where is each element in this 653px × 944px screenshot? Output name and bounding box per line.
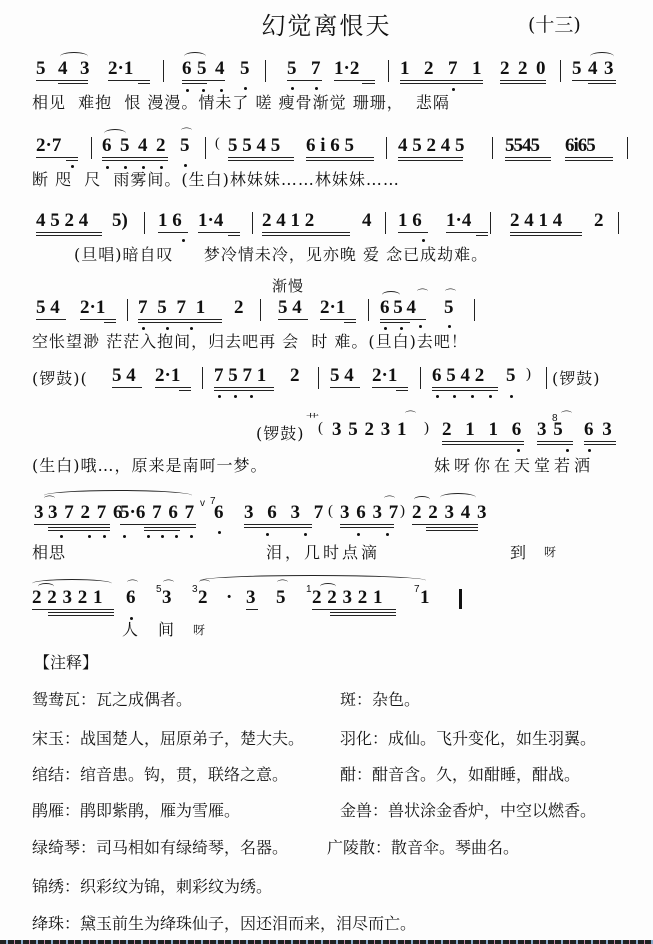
underline [306, 157, 374, 158]
underline [262, 235, 350, 236]
underline [334, 80, 375, 81]
lyrics: 到 [510, 540, 527, 563]
underline [58, 83, 88, 84]
annotation-item: 绾结：绾音患。钩，贯，联络之意。 [32, 762, 288, 785]
note-group: 4 5 2 4 [36, 210, 88, 232]
underline [320, 319, 356, 320]
score-line-7: 3 ⌒ 3 7 2 7 6 5·6 7 6 7 v 7 6 3 6 3 7 ( … [0, 500, 653, 560]
underline [120, 524, 196, 525]
underline [442, 444, 524, 445]
bar-line [265, 60, 266, 82]
page-edge-divider [0, 940, 653, 944]
lyrics: 呀 [193, 621, 206, 638]
lower-octave-dot [250, 395, 253, 398]
bar-line [260, 299, 261, 321]
note: 2 [518, 58, 528, 80]
annotation-item: 广陵散：散音伞。琴曲名。 [327, 835, 519, 858]
note-group: 6 5 4 2 [432, 365, 484, 387]
fermata-icon: ⌒ [405, 408, 416, 424]
underline [36, 80, 88, 81]
note: 7 [311, 58, 321, 80]
note-group: 7 5 7 1 [138, 297, 205, 319]
note: 4 [215, 58, 225, 80]
underline [228, 235, 240, 236]
annotation-item: 鹃雁：鹃即紫鹃，雁为雪雁。 [32, 798, 240, 821]
percussion-label: (锣鼓) [256, 421, 305, 444]
note: 5 4 [278, 297, 302, 319]
note: 5 4 [112, 365, 136, 387]
note-group: 6 i 6 5 [306, 135, 354, 157]
grace-note: 5 [156, 584, 162, 595]
bar-line [127, 299, 128, 321]
note-group: 2 2 3 4 3 [412, 502, 487, 524]
note: 5 [36, 58, 46, 80]
underline [432, 390, 498, 391]
note: 5 [197, 58, 207, 80]
underline [182, 83, 207, 84]
underline [426, 527, 478, 528]
underline [330, 387, 360, 388]
underline [500, 83, 546, 84]
underline [278, 319, 308, 320]
underline [537, 441, 573, 442]
lower-octave-dot [60, 535, 63, 538]
lyrics: 断 咫 尺 雨雾间。(生白)林妹妹……林妹妹…… [32, 167, 400, 190]
note: 1 6 [158, 210, 182, 232]
note-group: 6 3 [584, 419, 612, 441]
note: 2·1 [80, 297, 105, 319]
underline [476, 235, 488, 236]
paren-close: ) [424, 420, 429, 437]
note: 2·1 [155, 365, 180, 387]
underline [214, 390, 274, 391]
underline [36, 157, 78, 158]
annotation-item: 酣：酣音含。久，如酣睡，酣战。 [340, 762, 580, 785]
note: 2 [594, 210, 604, 232]
underline [182, 80, 225, 81]
paren-open: ( [328, 503, 333, 520]
note: 5) [112, 210, 128, 232]
page-subtitle: (十三) [528, 10, 581, 37]
underline [398, 157, 463, 158]
underline [112, 387, 142, 388]
note: 1 [400, 58, 410, 80]
lyrics: 空怅望渺 茫茫入抱间，归去吧再 会 时 难。(旦白)去吧！ [32, 329, 468, 352]
lower-octave-dot [175, 535, 178, 538]
underline [48, 612, 114, 613]
note: 5 4 [330, 365, 354, 387]
paren-close: ) [526, 366, 531, 383]
bar-line [388, 60, 389, 82]
underline [48, 527, 110, 528]
lower-octave-dot [190, 535, 193, 538]
score-line-4: 渐慢 5 4 2·1 7 5 7 1 2 5 4 2·1 6 5 4 ⌒ 5 ⌒… [0, 275, 653, 355]
underline [287, 80, 322, 81]
underline [144, 530, 180, 531]
underline [102, 160, 168, 161]
bar-line [205, 137, 206, 159]
bar-line [490, 212, 491, 234]
score-line-6: (锣鼓) 艹 ( 3 5 2 3 1 ⌒ ) 2 1 1 6 3 5 8 ⌒ 6… [0, 415, 653, 475]
note: 6 [102, 135, 112, 157]
lower-octave-dot [419, 325, 422, 328]
lower-octave-dot [304, 533, 307, 536]
note: 3 [246, 587, 256, 609]
note: 4 [58, 58, 68, 80]
bar-line [546, 367, 547, 389]
bar-line [386, 137, 387, 159]
lower-octave-dot [588, 449, 591, 452]
note-group: 3 5 2 3 1 [332, 419, 407, 441]
lower-octave-dot [489, 395, 492, 398]
fermata-icon: ⌒ [417, 286, 428, 302]
underline [500, 80, 546, 81]
note: 1·4 [198, 210, 223, 232]
underline [138, 319, 222, 320]
note: 2 [234, 297, 244, 319]
underline [36, 232, 102, 233]
annotations-heading: 【注释】 [34, 650, 98, 673]
bar-line [202, 367, 203, 389]
underline [340, 524, 394, 525]
spoken-line: (生白)哦…，原来是南呵一梦。 [32, 453, 268, 476]
underline [584, 444, 616, 445]
lower-octave-dot [436, 395, 439, 398]
lower-octave-dot [517, 449, 520, 452]
slur-mark [60, 52, 88, 61]
note: 7 [448, 58, 458, 80]
annotation-item: 绛珠：黛玉前生为绛珠仙子，因还泪而来，泪尽而亡。 [32, 911, 416, 934]
note: 5 [120, 135, 130, 157]
annotation-item: 锦绣：织彩纹为锦，刺彩纹为绣。 [32, 874, 272, 897]
underline [446, 232, 488, 233]
slur-mark [184, 52, 206, 61]
lower-octave-dot [471, 395, 474, 398]
underline [228, 157, 294, 158]
note-group: 5·6 7 6 7 [120, 502, 194, 524]
fermata-icon: ⌒ [163, 577, 174, 593]
bar-line [368, 299, 369, 321]
underline [36, 235, 102, 236]
lower-octave-dot [566, 449, 569, 452]
underline [330, 612, 396, 613]
bar-line [474, 299, 475, 321]
lower-octave-dot [147, 535, 150, 538]
score-line-5: (锣鼓)( 5 4 2·1 7 5 7 1 2 5 4 2·1 6 5 4 2 … [0, 365, 653, 395]
note: 1·4 [446, 210, 471, 232]
underline [246, 609, 258, 610]
note: 2·7 [36, 135, 61, 157]
underline [48, 615, 114, 616]
annotation-item: 斑：杂色。 [340, 687, 420, 710]
lyrics: 相思 [32, 540, 66, 563]
note: 3 5 [537, 419, 563, 441]
note: 3 [604, 58, 614, 80]
underline [155, 387, 191, 388]
note: 6 [182, 58, 192, 80]
underline [398, 232, 428, 233]
percussion-label: (锣鼓)( [32, 366, 88, 389]
lower-octave-dot [103, 535, 106, 538]
underline [262, 232, 350, 233]
underline [48, 530, 110, 531]
note-group: 3 6 3 7 [244, 502, 323, 524]
bar-line [163, 60, 164, 82]
underline [66, 160, 78, 161]
lyrics: 间 [158, 617, 175, 640]
dot-extension: · [226, 587, 232, 609]
underline [138, 322, 222, 323]
bar-line [618, 212, 619, 234]
underline [179, 390, 191, 391]
underline [400, 83, 483, 84]
underline [510, 235, 582, 236]
underline [144, 527, 196, 528]
bar-line [91, 137, 92, 159]
note: 5 [240, 58, 250, 80]
note-group: 2 1 1 6 [442, 419, 521, 441]
underline [400, 80, 483, 81]
underline [432, 387, 498, 388]
note: 2 [290, 365, 300, 387]
underline [572, 80, 616, 81]
lower-octave-dot [234, 395, 237, 398]
fermata-icon: ⌒ [384, 493, 395, 509]
lyrics: 泪，几时点滴 [266, 540, 380, 563]
note-group: 7 5 7 1 [214, 365, 266, 387]
underline [537, 444, 573, 445]
note-group: 2 2 3 2 1 [312, 587, 383, 609]
breath-mark: v [200, 498, 205, 509]
note: 4 [362, 210, 372, 232]
underline [244, 527, 312, 528]
lower-octave-dot [88, 535, 91, 538]
slur-mark [440, 493, 476, 502]
underline [36, 319, 66, 320]
underline [32, 609, 114, 610]
underline [228, 160, 294, 161]
bar-line [627, 137, 628, 159]
underline [505, 157, 551, 158]
bar-line [252, 212, 253, 234]
final-bar-line [459, 589, 462, 609]
paren-open: ( [318, 420, 323, 437]
underline [510, 232, 582, 233]
lower-octave-dot [218, 395, 221, 398]
note: 2 [156, 135, 166, 157]
note: 1 [420, 587, 430, 609]
underline [108, 80, 150, 81]
bar-line [420, 367, 421, 389]
note: 2·1 [320, 297, 345, 319]
lyrics: (旦唱)暗自叹 梦冷情未冷，见亦晚 爱 念已成劫难。 [74, 242, 488, 265]
note: 5 [506, 365, 516, 387]
slur-mark [414, 496, 430, 503]
fermata-icon: ⌒ [445, 286, 456, 302]
underline [584, 441, 616, 442]
note: 2·1 [372, 365, 397, 387]
annotation-item: 宋玉：战国楚人，屈原弟子，楚大夫。 [32, 726, 304, 749]
fermata-icon: ⌒ [277, 577, 288, 593]
underline [330, 615, 396, 616]
underline [138, 83, 150, 84]
underline [442, 441, 524, 442]
lower-octave-dot [218, 531, 221, 534]
note: 1·2 [334, 58, 359, 80]
note: 3 [34, 502, 44, 524]
underline [426, 530, 478, 531]
score-line-8: 2 2 3 2 1 6 ⌒ 5 3 ⌒ 3 2 ⌒ · 3 5 ⌒ 1 2 2 … [0, 585, 653, 645]
note: 4 [588, 58, 598, 80]
underline [398, 160, 463, 161]
grace-note: 1 [306, 584, 312, 595]
grace-note: 3 [192, 584, 198, 595]
underline [34, 524, 110, 525]
underline [380, 319, 426, 320]
note-group: 6 5 4 [380, 297, 416, 319]
note: 5 4 [36, 297, 60, 319]
slur-mark [382, 291, 400, 299]
note: 4 [138, 135, 148, 157]
slur-mark [320, 583, 336, 590]
note: 0 [536, 58, 546, 80]
note-group: 2 4 1 4 [510, 210, 562, 232]
lower-octave-dot [161, 535, 164, 538]
lower-octave-dot [266, 533, 269, 536]
lyrics: 呀 [544, 543, 557, 560]
slur-mark [590, 52, 614, 61]
note-group: 5545 [505, 135, 539, 157]
note: 6 [214, 502, 224, 524]
phrase-slur [200, 575, 426, 586]
score-line-1: 5 4 3 2·1 6 5 4 5 5 7 1·2 1 2 7 1 2 2 0 … [0, 58, 653, 118]
note-group: 2 2 3 2 1 [32, 587, 103, 609]
slur-mark [104, 129, 126, 138]
underline [565, 160, 613, 161]
annotation-item: 绿绮琴：司马相如有绿绮琴，名器。 [32, 835, 288, 858]
phrase-slur [44, 490, 192, 501]
paren-open: ( [215, 136, 220, 152]
lower-octave-dot [448, 325, 451, 328]
underline [380, 322, 410, 323]
score-line-2: 2·7 6 5 4 2 5 ⌒ ( 5 5 4 5 6 i 6 5 4 5 2 … [0, 135, 653, 195]
lower-octave-dot [357, 533, 360, 536]
fermata-icon: ⌒ [561, 408, 572, 424]
note: 3 [80, 58, 90, 80]
lower-octave-dot [510, 395, 513, 398]
bar-line [318, 367, 319, 389]
bar-line [385, 212, 386, 234]
note: 5 [572, 58, 582, 80]
underline [396, 390, 408, 391]
note: 1 6 [398, 210, 422, 232]
tempo-mark: 渐慢 [272, 275, 304, 296]
underline [588, 83, 616, 84]
score-line-3: 4 5 2 4 5) 1 6 1·4 2 4 1 2 4 1 6 1·4 2 4… [0, 210, 653, 270]
underline [372, 387, 408, 388]
note: 2·1 [108, 58, 133, 80]
underline [412, 524, 478, 525]
annotation-item: 鸳鸯瓦：瓦之成偶者。 [32, 687, 192, 710]
lower-octave-dot [452, 88, 455, 91]
grace-note: 8 [552, 413, 558, 424]
fermata-icon: ⌒ [199, 577, 210, 593]
grace-note: 7 [414, 584, 420, 595]
note-group: 6i65 [565, 135, 595, 157]
underline [102, 157, 168, 158]
note: 1 [472, 58, 482, 80]
lyrics: 人 [122, 617, 139, 640]
annotation-item: 金兽：兽状涂金香炉，中空以燃香。 [340, 798, 596, 821]
lower-octave-dot [453, 395, 456, 398]
underline [104, 322, 116, 323]
underline [306, 160, 374, 161]
lower-octave-dot [386, 533, 389, 536]
underline [312, 609, 396, 610]
bar-line [560, 60, 561, 82]
underline [244, 524, 312, 525]
underline [214, 387, 274, 388]
underline [158, 232, 188, 233]
underline [80, 319, 116, 320]
lyrics: 妹呀你在天堂若洒 [434, 453, 594, 476]
underline [344, 322, 356, 323]
note: 2 [500, 58, 510, 80]
fermata-icon: ⌒ [127, 577, 138, 593]
underline [198, 232, 240, 233]
percussion-label: (锣鼓) [552, 366, 601, 389]
underline [340, 527, 394, 528]
paren-close: ) [400, 503, 405, 520]
underline [362, 83, 375, 84]
note-group: 2 4 1 2 [262, 210, 314, 232]
underline [565, 157, 613, 158]
note-group: 5 5 4 5 [228, 135, 280, 157]
note: 5 [287, 58, 297, 80]
bar-line [144, 212, 145, 234]
note: 2 [424, 58, 434, 80]
note-group: 4 5 2 4 5 [398, 135, 465, 157]
annotation-item: 羽化：成仙。飞升变化，如生羽翼。 [340, 726, 596, 749]
lyrics: 相见 难抱 恨 漫漫。情未了 嗟 瘦骨渐觉 珊珊， 悲隔 [32, 90, 450, 113]
note-group: 3 7 2 7 6 [48, 502, 123, 524]
fermata-icon: ⌒ [181, 125, 192, 141]
bar-line [492, 137, 493, 159]
lower-octave-dot [123, 535, 126, 538]
underline [505, 160, 551, 161]
